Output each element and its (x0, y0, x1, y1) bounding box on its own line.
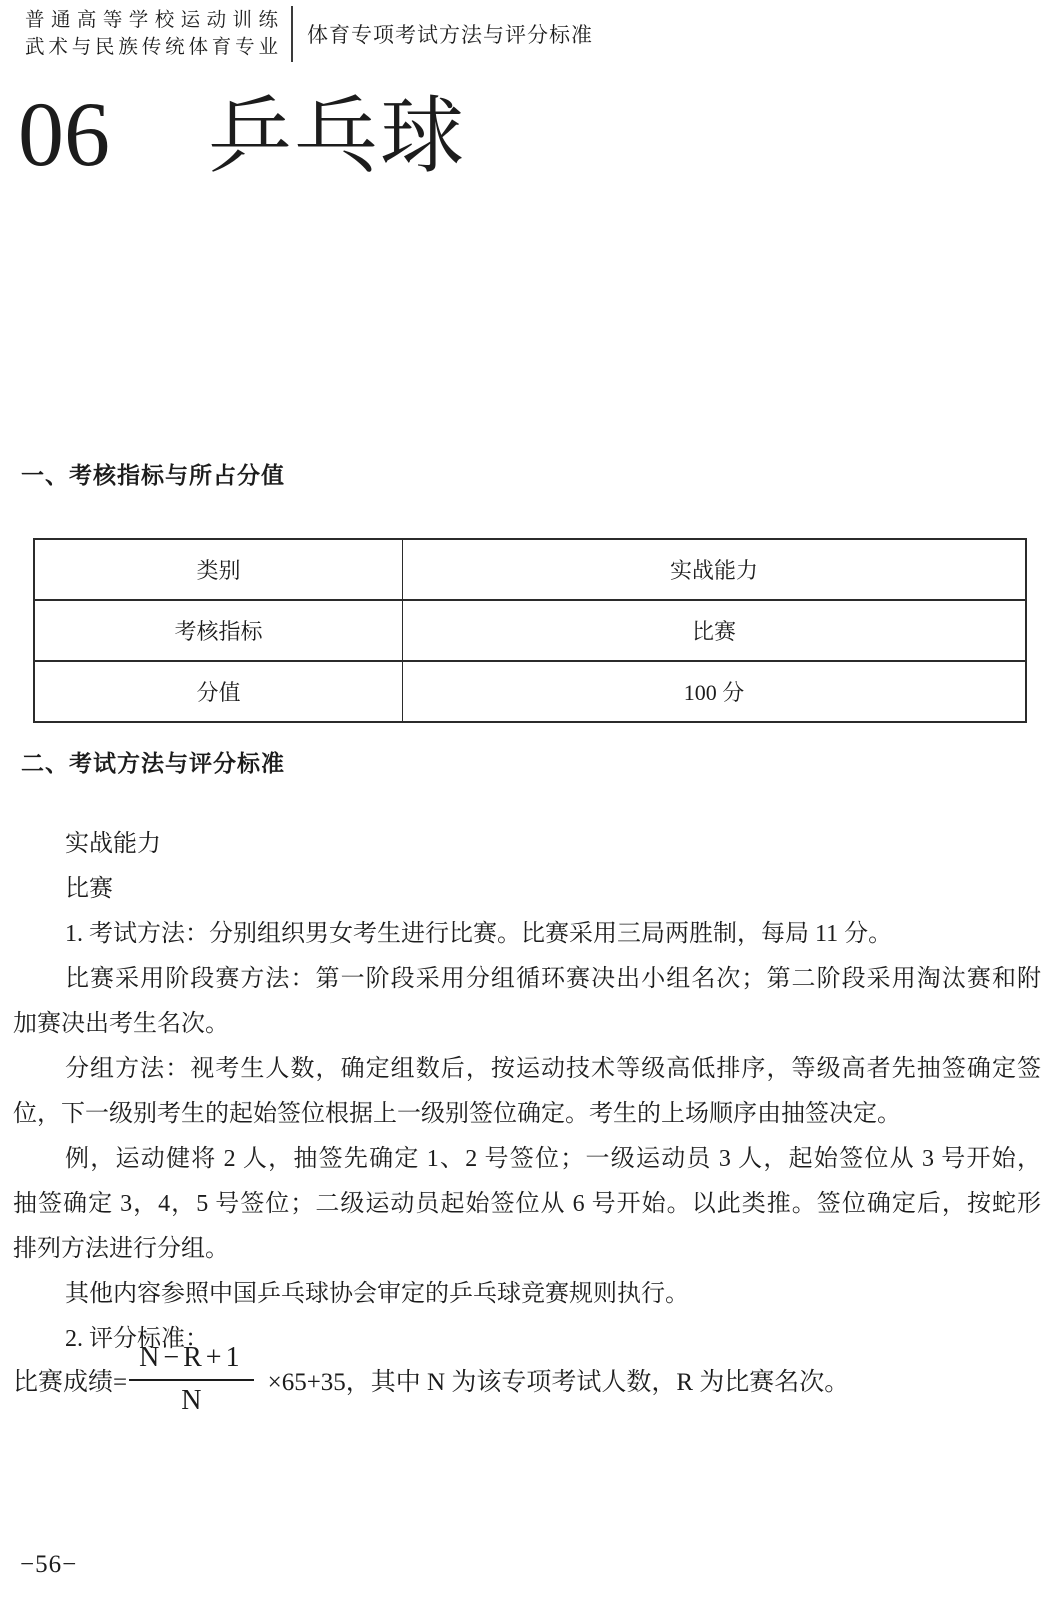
body-line: 抽签确定 3，4，5 号签位；二级运动员起始签位从 6 号开始。以此类推。签位确… (13, 1182, 1041, 1227)
header-series-title: 普通高等学校运动训练 武术与民族传统体育专业 (25, 7, 278, 61)
body-text: 实战能力 比赛 1. 考试方法：分别组织男女考生进行比赛。比赛采用三局两胜制，每… (13, 822, 1041, 1362)
chapter-number: 06 (18, 88, 110, 180)
header-series-line1: 普通高等学校运动训练 (25, 7, 278, 34)
chapter-title: 乒乓球 (208, 96, 466, 180)
page-header: 普通高等学校运动训练 武术与民族传统体育专业 体育专项考试方法与评分标准 (25, 6, 593, 62)
section-2-heading: 二、考试方法与评分标准 (21, 745, 285, 778)
table-cell-category-value: 实战能力 (403, 539, 1027, 600)
table-cell-score-label: 分值 (34, 661, 403, 722)
formula-fraction: N−R+1 N (129, 1342, 253, 1417)
document-page: 普通高等学校运动训练 武术与民族传统体育专业 体育专项考试方法与评分标准 06 … (0, 0, 1059, 1600)
body-line: 实战能力 (13, 822, 1041, 867)
table-cell-score-value: 100 分 (403, 661, 1027, 722)
body-line: 位，下一级别考生的起始签位根据上一级别签位确定。考生的上场顺序由抽签决定。 (13, 1092, 1041, 1137)
header-series-line2: 武术与民族传统体育专业 (25, 34, 278, 61)
header-divider-rule (291, 6, 293, 62)
body-line: 1. 考试方法：分别组织男女考生进行比赛。比赛采用三局两胜制，每局 11 分。 (13, 912, 1041, 957)
body-line: 例，运动健将 2 人，抽签先确定 1、2 号签位；一级运动员 3 人，起始签位从… (13, 1137, 1041, 1182)
body-line: 加赛决出考生名次。 (13, 1002, 1041, 1047)
table-row: 类别 实战能力 (34, 539, 1026, 600)
table-cell-indicator-value: 比赛 (403, 600, 1027, 661)
body-line: 比赛采用阶段赛方法：第一阶段采用分组循环赛决出小组名次；第二阶段采用淘汰赛和附 (13, 957, 1041, 1002)
body-line: 分组方法：视考生人数，确定组数后，按运动技术等级高低排序，等级高者先抽签确定签 (13, 1047, 1041, 1092)
score-formula: 比赛成绩= N−R+1 N ×65+35，其中 N 为该专项考试人数，R 为比赛… (13, 1342, 849, 1417)
body-line: 比赛 (13, 867, 1041, 912)
formula-suffix: ×65+35，其中 N 为该专项考试人数，R 为比赛名次。 (268, 1362, 850, 1398)
section-1-heading: 一、考核指标与所占分值 (21, 457, 285, 490)
table-cell-category-label: 类别 (34, 539, 403, 600)
body-line: 其他内容参照中国乒乓球协会审定的乒乓球竞赛规则执行。 (13, 1272, 1041, 1317)
fraction-numerator: N−R+1 (129, 1342, 253, 1381)
body-line: 排列方法进行分组。 (13, 1227, 1041, 1272)
table-cell-indicator-label: 考核指标 (34, 600, 403, 661)
chapter-heading: 06 乒乓球 (18, 88, 466, 180)
fraction-denominator: N (181, 1381, 201, 1417)
table-row: 考核指标 比赛 (34, 600, 1026, 661)
table-row: 分值 100 分 (34, 661, 1026, 722)
score-indicator-table: 类别 实战能力 考核指标 比赛 分值 100 分 (33, 538, 1027, 723)
formula-prefix: 比赛成绩= (13, 1362, 127, 1398)
header-book-title: 体育专项考试方法与评分标准 (307, 19, 593, 49)
page-number: −56− (20, 1551, 77, 1579)
